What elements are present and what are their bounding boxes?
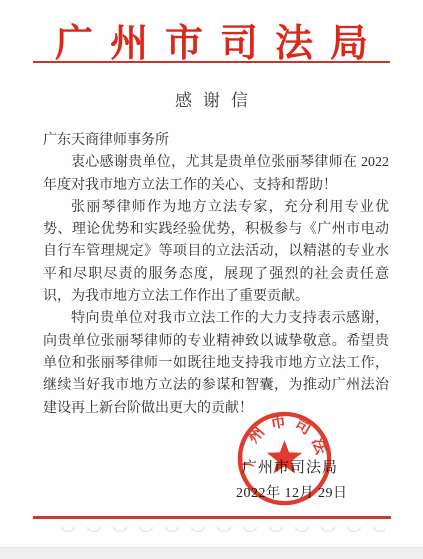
letter-title: 感谢信 [0, 86, 423, 111]
paragraph: 衷心感谢贵单位，尤其是贵单位张丽琴律师在 2022年度对我市地方立法工作的关心、… [43, 152, 389, 197]
page-edge-background [0, 547, 423, 559]
paragraph: 特向贵单位对我市立法工作的大力支持表示感谢，向贵单位张丽琴律师的专业精神致以诚挚… [43, 308, 389, 419]
letterhead-divider [33, 61, 390, 63]
paragraph: 张丽琴律师作为地方立法专家，充分利用专业优势、理论优势和实践经验优势，积极参与《… [43, 197, 389, 308]
bottom-divider [33, 516, 391, 519]
official-seal: 广州市司法局 [236, 410, 333, 507]
letterhead-title: 广州市司法局 [0, 12, 423, 67]
salutation-line: 广东天商律师事务所 [43, 130, 389, 152]
letter-body: 广东天商律师事务所 衷心感谢贵单位，尤其是贵单位张丽琴律师在 2022年度对我市… [43, 130, 389, 420]
thank-you-letter-page: 广州市司法局 感谢信 广东天商律师事务所 衷心感谢贵单位，尤其是贵单位张丽琴律师… [0, 0, 423, 559]
seal-star-icon [267, 440, 302, 473]
scan-artifact-marks [55, 527, 385, 539]
